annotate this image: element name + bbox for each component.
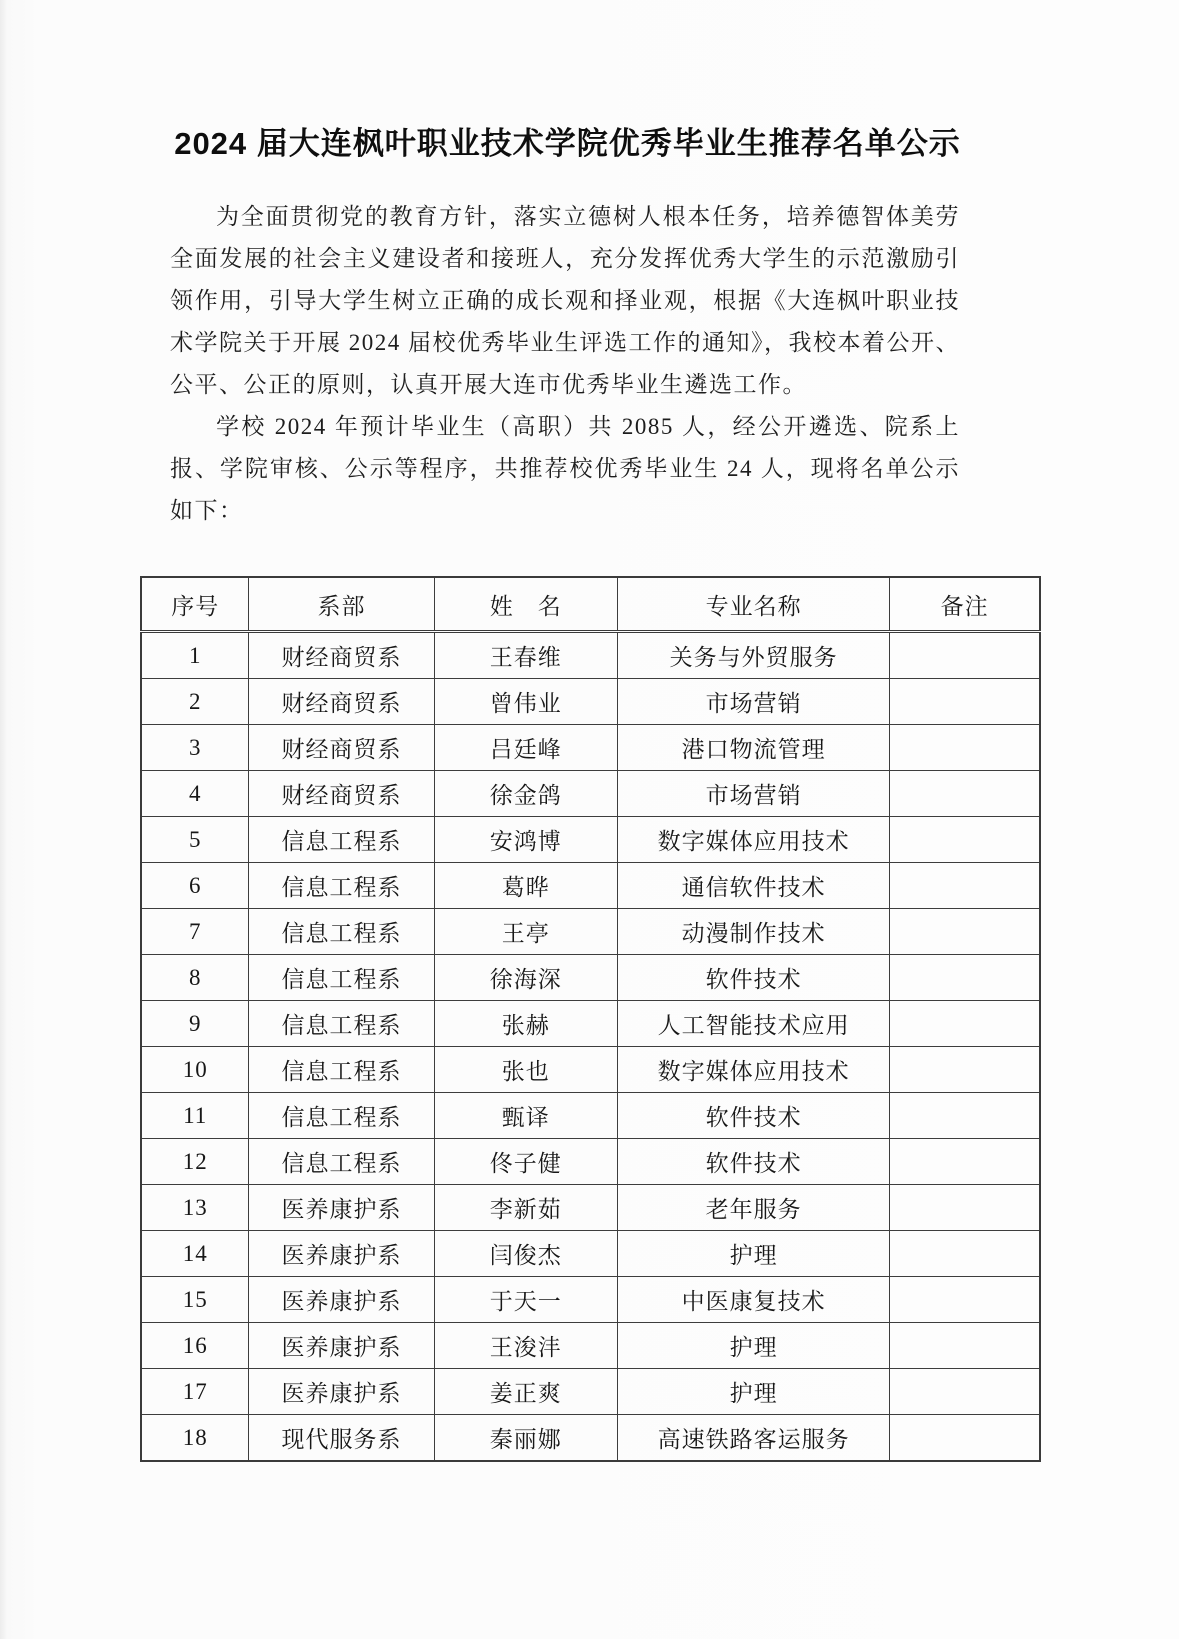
cell-dept: 现代服务系 [249, 1415, 434, 1462]
cell-dept: 医养康护系 [249, 1277, 434, 1323]
cell-dept: 信息工程系 [249, 817, 434, 863]
cell-dept: 信息工程系 [249, 1047, 434, 1093]
page-title: 2024 届大连枫叶职业技术学院优秀毕业生推荐名单公示 [140, 126, 995, 162]
cell-major: 市场营销 [617, 771, 889, 817]
cell-note [890, 1231, 1040, 1277]
cell-name: 佟子健 [434, 1139, 617, 1185]
cell-dept: 信息工程系 [249, 1093, 434, 1139]
cell-note [890, 771, 1040, 817]
cell-dept: 医养康护系 [249, 1323, 434, 1369]
cell-no: 9 [141, 1001, 249, 1047]
cell-dept: 财经商贸系 [249, 771, 434, 817]
table-row: 5 信息工程系 安鸿博 数字媒体应用技术 [141, 817, 1040, 863]
cell-major: 通信软件技术 [617, 863, 889, 909]
cell-name: 徐金鸽 [434, 771, 617, 817]
document-page: 2024 届大连枫叶职业技术学院优秀毕业生推荐名单公示 为全面贯彻党的教育方针，… [140, 126, 1041, 1462]
table-row: 10 信息工程系 张也 数字媒体应用技术 [141, 1047, 1040, 1093]
table-row: 16 医养康护系 王浚沣 护理 [141, 1323, 1040, 1369]
cell-name: 葛晔 [434, 863, 617, 909]
table-row: 9 信息工程系 张赫 人工智能技术应用 [141, 1001, 1040, 1047]
table-row: 18 现代服务系 秦丽娜 高速铁路客运服务 [141, 1415, 1040, 1462]
cell-major: 护理 [617, 1231, 889, 1277]
cell-dept: 信息工程系 [249, 1139, 434, 1185]
header-note: 备注 [890, 577, 1040, 632]
cell-note [890, 1047, 1040, 1093]
cell-dept: 信息工程系 [249, 863, 434, 909]
cell-note [890, 1001, 1040, 1047]
header-name: 姓 名 [434, 577, 617, 632]
cell-name: 徐海深 [434, 955, 617, 1001]
cell-no: 15 [141, 1277, 249, 1323]
cell-name: 姜正爽 [434, 1369, 617, 1415]
cell-no: 3 [141, 725, 249, 771]
cell-note [890, 1415, 1040, 1462]
cell-name: 王春维 [434, 632, 617, 679]
cell-name: 甄译 [434, 1093, 617, 1139]
graduates-table: 序号 系部 姓 名 专业名称 备注 1 财经商贸系 王春维 关务与外贸服务 2 … [140, 576, 1041, 1462]
header-major: 专业名称 [617, 577, 889, 632]
cell-name: 张也 [434, 1047, 617, 1093]
table-body: 1 财经商贸系 王春维 关务与外贸服务 2 财经商贸系 曾伟业 市场营销 3 财… [141, 632, 1040, 1462]
cell-no: 4 [141, 771, 249, 817]
cell-no: 18 [141, 1415, 249, 1462]
cell-dept: 信息工程系 [249, 909, 434, 955]
cell-name: 李新茹 [434, 1185, 617, 1231]
header-no: 序号 [141, 577, 249, 632]
table-row: 15 医养康护系 于天一 中医康复技术 [141, 1277, 1040, 1323]
cell-name: 安鸿博 [434, 817, 617, 863]
cell-dept: 医养康护系 [249, 1231, 434, 1277]
cell-no: 11 [141, 1093, 249, 1139]
table-row: 8 信息工程系 徐海深 软件技术 [141, 955, 1040, 1001]
cell-major: 软件技术 [617, 1093, 889, 1139]
cell-note [890, 1185, 1040, 1231]
cell-major: 市场营销 [617, 679, 889, 725]
cell-name: 张赫 [434, 1001, 617, 1047]
table-row: 7 信息工程系 王亭 动漫制作技术 [141, 909, 1040, 955]
cell-no: 8 [141, 955, 249, 1001]
cell-no: 13 [141, 1185, 249, 1231]
cell-major: 关务与外贸服务 [617, 632, 889, 679]
cell-major: 人工智能技术应用 [617, 1001, 889, 1047]
cell-note [890, 1277, 1040, 1323]
cell-major: 动漫制作技术 [617, 909, 889, 955]
cell-major: 软件技术 [617, 1139, 889, 1185]
table-row: 14 医养康护系 闫俊杰 护理 [141, 1231, 1040, 1277]
cell-note [890, 909, 1040, 955]
table-row: 3 财经商贸系 吕廷峰 港口物流管理 [141, 725, 1040, 771]
cell-note [890, 863, 1040, 909]
cell-major: 护理 [617, 1323, 889, 1369]
table-row: 2 财经商贸系 曾伟业 市场营销 [141, 679, 1040, 725]
cell-no: 16 [141, 1323, 249, 1369]
table-row: 1 财经商贸系 王春维 关务与外贸服务 [141, 632, 1040, 679]
table-row: 6 信息工程系 葛晔 通信软件技术 [141, 863, 1040, 909]
cell-major: 港口物流管理 [617, 725, 889, 771]
header-dept: 系部 [249, 577, 434, 632]
cell-name: 王浚沣 [434, 1323, 617, 1369]
cell-name: 秦丽娜 [434, 1415, 617, 1462]
cell-name: 曾伟业 [434, 679, 617, 725]
cell-no: 17 [141, 1369, 249, 1415]
cell-name: 王亭 [434, 909, 617, 955]
cell-name: 于天一 [434, 1277, 617, 1323]
cell-name: 吕廷峰 [434, 725, 617, 771]
table-row: 12 信息工程系 佟子健 软件技术 [141, 1139, 1040, 1185]
cell-note [890, 679, 1040, 725]
intro-paragraph-1: 为全面贯彻党的教育方针，落实立德树人根本任务，培养德智体美劳全面发展的社会主义建… [170, 196, 960, 406]
cell-dept: 信息工程系 [249, 1001, 434, 1047]
table-row: 13 医养康护系 李新茹 老年服务 [141, 1185, 1040, 1231]
cell-no: 14 [141, 1231, 249, 1277]
cell-dept: 信息工程系 [249, 955, 434, 1001]
cell-major: 数字媒体应用技术 [617, 817, 889, 863]
cell-no: 10 [141, 1047, 249, 1093]
cell-no: 12 [141, 1139, 249, 1185]
cell-major: 护理 [617, 1369, 889, 1415]
cell-no: 1 [141, 632, 249, 679]
table-row: 17 医养康护系 姜正爽 护理 [141, 1369, 1040, 1415]
cell-name: 闫俊杰 [434, 1231, 617, 1277]
cell-no: 5 [141, 817, 249, 863]
cell-major: 高速铁路客运服务 [617, 1415, 889, 1462]
table-row: 4 财经商贸系 徐金鸽 市场营销 [141, 771, 1040, 817]
cell-note [890, 1093, 1040, 1139]
cell-note [890, 1369, 1040, 1415]
cell-no: 6 [141, 863, 249, 909]
cell-major: 数字媒体应用技术 [617, 1047, 889, 1093]
cell-major: 软件技术 [617, 955, 889, 1001]
cell-dept: 财经商贸系 [249, 725, 434, 771]
cell-dept: 医养康护系 [249, 1369, 434, 1415]
cell-note [890, 817, 1040, 863]
cell-no: 7 [141, 909, 249, 955]
cell-note [890, 632, 1040, 679]
table-header-row: 序号 系部 姓 名 专业名称 备注 [141, 577, 1040, 632]
cell-dept: 财经商贸系 [249, 679, 434, 725]
cell-note [890, 1139, 1040, 1185]
intro-paragraph-2: 学校 2024 年预计毕业生（高职）共 2085 人，经公开遴选、院系上报、学院… [170, 406, 960, 532]
table-row: 11 信息工程系 甄译 软件技术 [141, 1093, 1040, 1139]
cell-major: 老年服务 [617, 1185, 889, 1231]
cell-note [890, 725, 1040, 771]
cell-dept: 财经商贸系 [249, 632, 434, 679]
cell-note [890, 955, 1040, 1001]
cell-major: 中医康复技术 [617, 1277, 889, 1323]
cell-note [890, 1323, 1040, 1369]
cell-dept: 医养康护系 [249, 1185, 434, 1231]
cell-no: 2 [141, 679, 249, 725]
